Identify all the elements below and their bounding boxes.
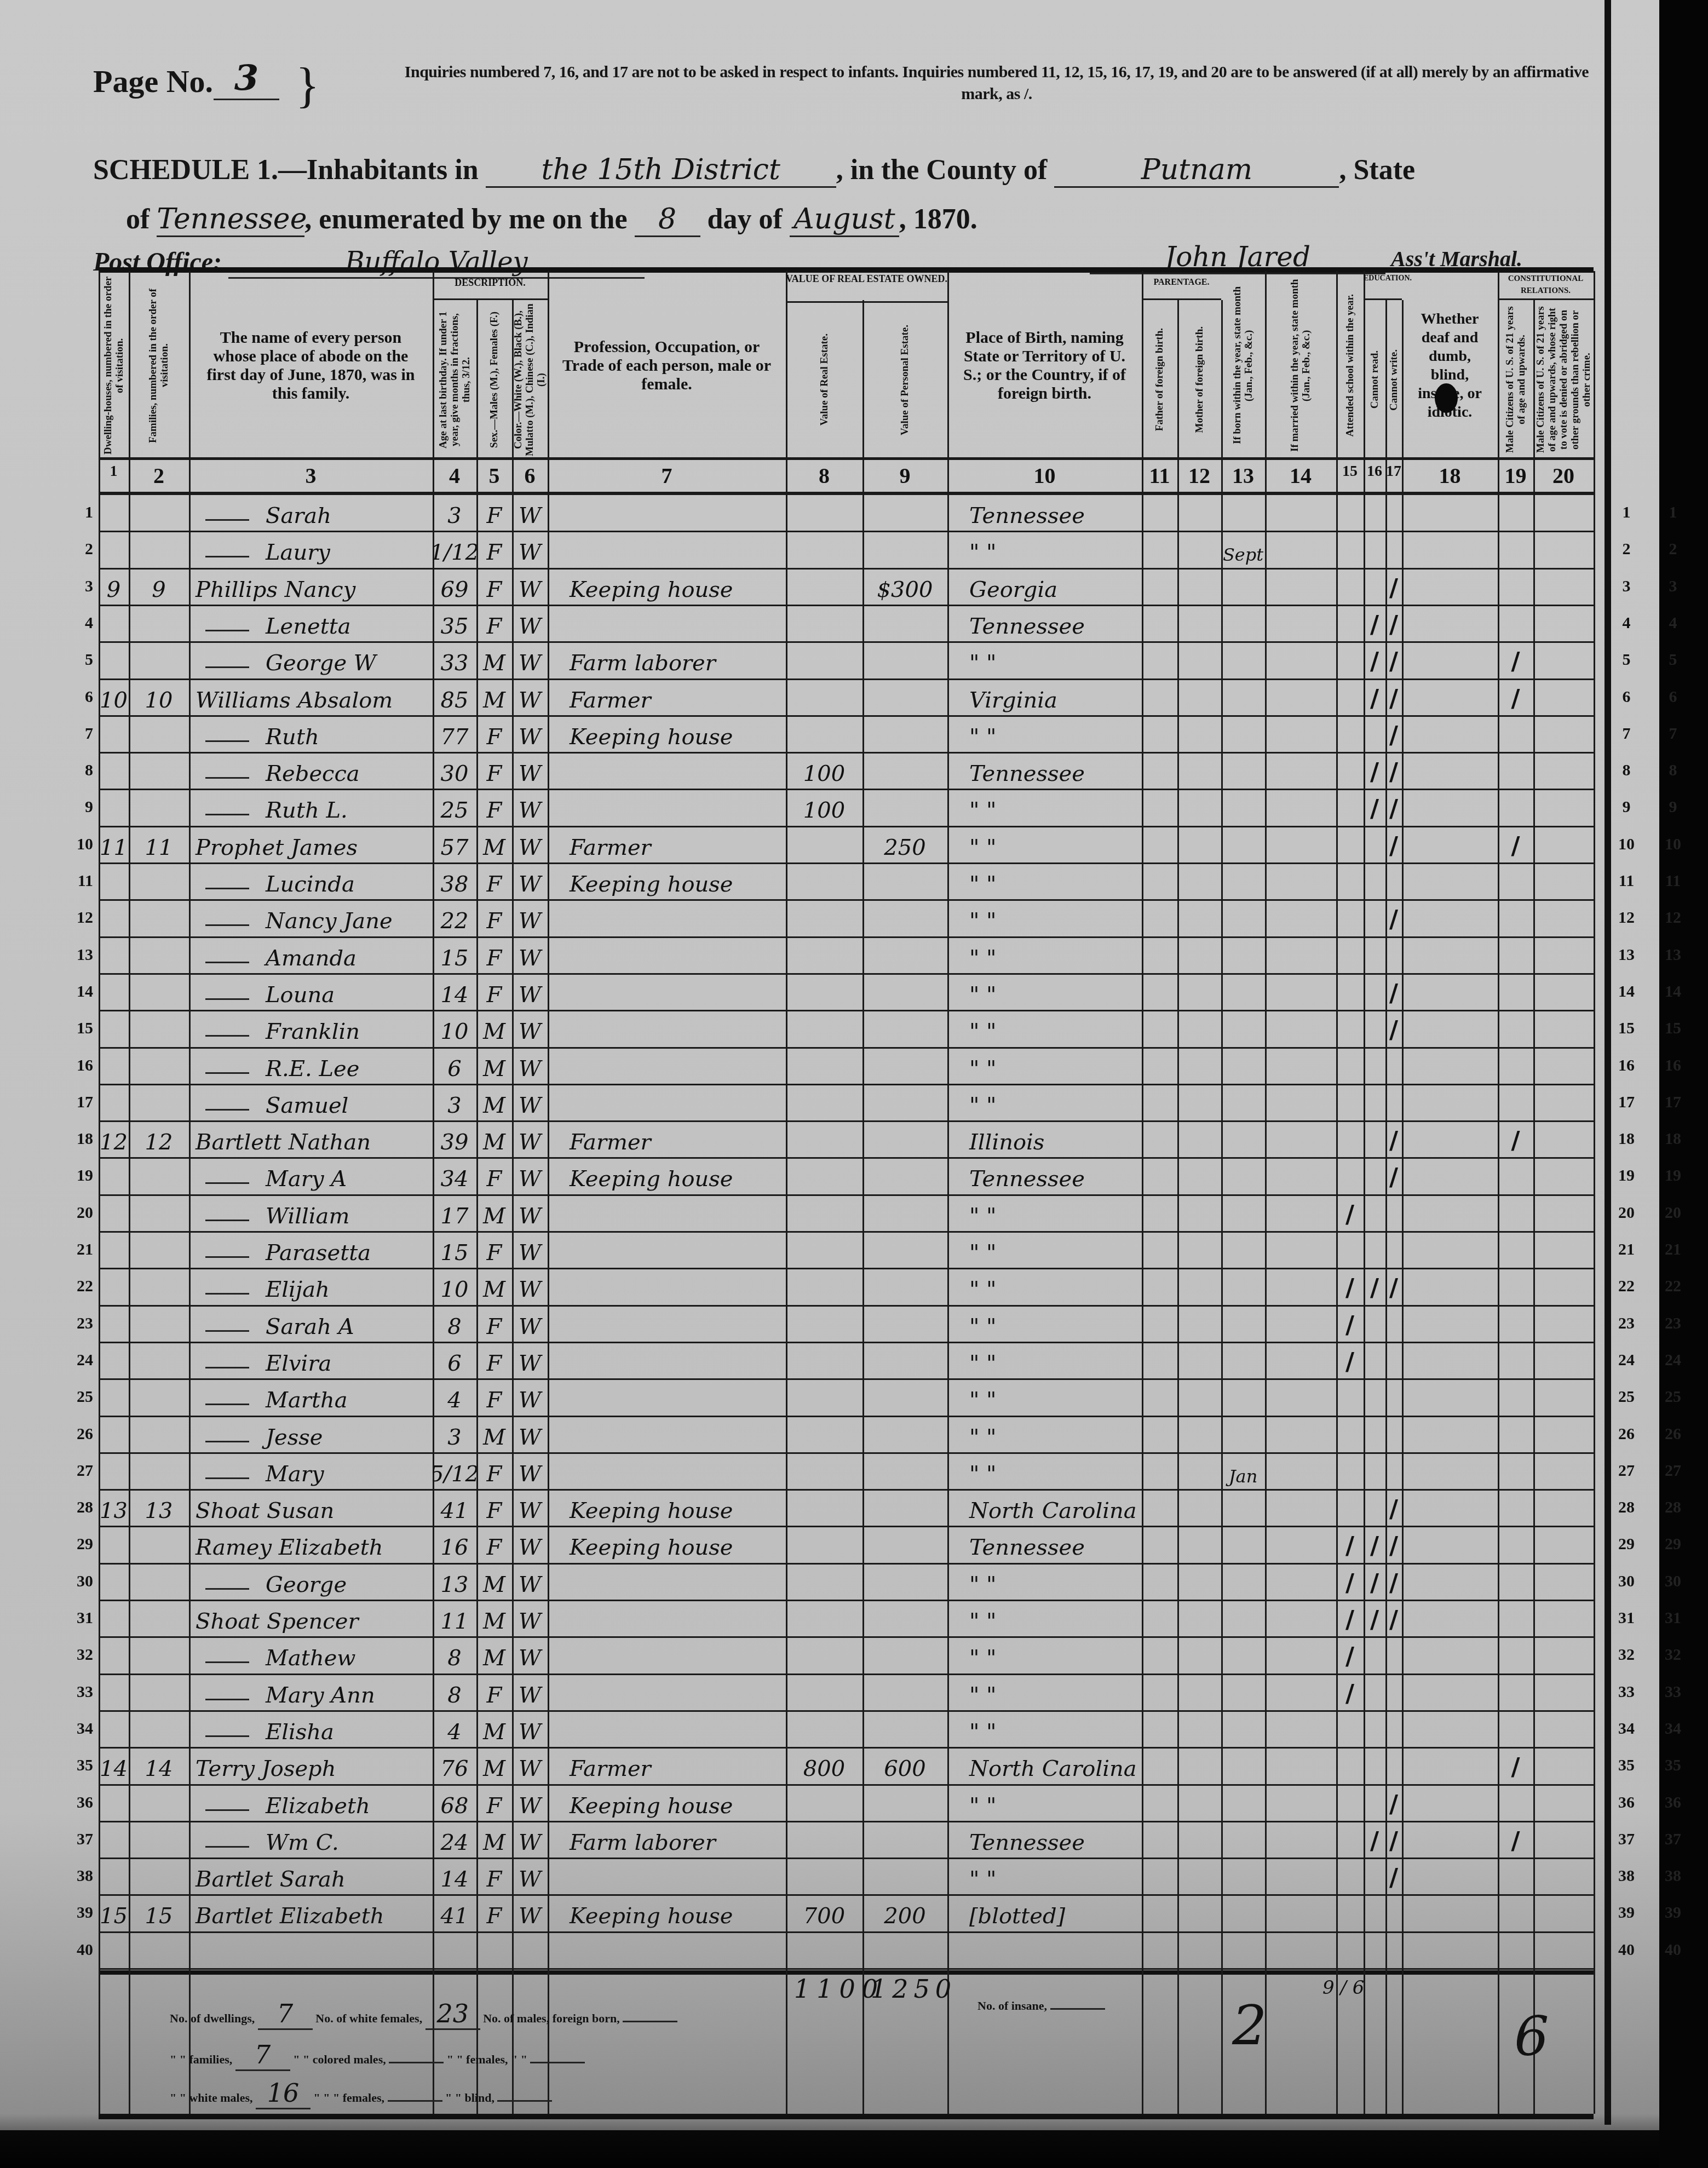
- line-number: 13: [1657, 946, 1689, 964]
- line-number: 14: [71, 982, 93, 1001]
- column-number-16: 16: [1364, 463, 1385, 490]
- line-number: 27: [71, 1462, 93, 1480]
- line-number: 39: [1610, 1904, 1643, 1922]
- column-header-5: Sex.—Males (M.), Females (F.): [476, 302, 512, 457]
- cell-birthplace: North Carolina: [947, 1491, 1142, 1527]
- families-count: 7: [235, 2040, 290, 2071]
- line-number: 4: [1610, 614, 1643, 632]
- cell-family: 12: [129, 1122, 189, 1158]
- cell-birthplace: " ": [947, 938, 1142, 974]
- cell-c17: /: [1385, 1601, 1402, 1637]
- cell-name: Lucinda: [189, 864, 433, 900]
- cell-color: W: [512, 1011, 548, 1048]
- cell-age: 4: [433, 1380, 476, 1416]
- cell-age: 8: [433, 1675, 476, 1711]
- cell-age: 13: [433, 1565, 476, 1601]
- table-top-rule: [99, 267, 1594, 273]
- line-number: 24: [71, 1351, 93, 1370]
- cell-c16: /: [1364, 1269, 1385, 1306]
- line-number: 22: [1610, 1277, 1643, 1296]
- cell-sex: M: [476, 643, 512, 679]
- cell-sex: M: [476, 1269, 512, 1306]
- line-number: 15: [71, 1019, 93, 1038]
- cell-birthplace: " ": [947, 717, 1142, 753]
- cell-color: W: [512, 496, 548, 532]
- line-number: 16: [1610, 1056, 1643, 1075]
- column-rule: [1221, 300, 1223, 2114]
- ditto-dash: [205, 1661, 249, 1663]
- cell-real: 700: [786, 1896, 862, 1932]
- cell-color: W: [512, 938, 548, 974]
- cell-birthplace: " ": [947, 827, 1142, 864]
- cell-color: W: [512, 1638, 548, 1674]
- cell-sex: F: [476, 1859, 512, 1895]
- cell-occupation: Keeping house: [548, 717, 786, 753]
- cell-sex: F: [476, 1491, 512, 1527]
- cell-name: Louna: [189, 975, 433, 1011]
- cell-name: Jesse: [189, 1417, 433, 1453]
- cell-name: Shoat Susan: [189, 1491, 433, 1527]
- cell-birthplace: " ": [947, 975, 1142, 1011]
- line-number: 38: [71, 1867, 93, 1885]
- cell-c16: /: [1364, 1822, 1385, 1859]
- cell-age: 6: [433, 1343, 476, 1379]
- line-number: 30: [71, 1572, 93, 1591]
- county-field: Putnam: [1054, 153, 1339, 188]
- cell-birthplace: Tennessee: [947, 1159, 1142, 1195]
- cell-color: W: [512, 1380, 548, 1416]
- cell-color: W: [512, 1822, 548, 1859]
- cell-name: Amanda: [189, 938, 433, 974]
- line-number: 25: [1610, 1388, 1643, 1406]
- cell-c17: /: [1385, 643, 1402, 679]
- schedule-line: SCHEDULE 1.—Inhabitants in the 15th Dist…: [93, 153, 1415, 188]
- line-number: 12: [1657, 908, 1689, 927]
- ditto-dash: [205, 630, 249, 631]
- cell-color: W: [512, 1712, 548, 1748]
- cell-c17: /: [1385, 790, 1402, 826]
- ditto-dash: [205, 998, 249, 1000]
- cell-c16: /: [1364, 1601, 1385, 1637]
- column-header-14: If married within the year, state month …: [1265, 274, 1336, 457]
- cell-sex: F: [476, 1527, 512, 1563]
- line-number: 21: [1657, 1240, 1689, 1259]
- cell-c15: /: [1336, 1675, 1364, 1711]
- cell-color: W: [512, 1159, 548, 1195]
- ditto-dash: [205, 1588, 249, 1590]
- line-number: 31: [1657, 1609, 1689, 1628]
- cell-name: Terry Joseph: [189, 1749, 433, 1785]
- line-number: 20: [1657, 1204, 1689, 1222]
- cell-sex: F: [476, 1307, 512, 1343]
- line-number: 29: [1657, 1535, 1689, 1554]
- line-number: 4: [1657, 614, 1689, 632]
- cell-sex: M: [476, 1011, 512, 1048]
- cell-age: 41: [433, 1896, 476, 1932]
- cell-name: Ruth L.: [189, 790, 433, 826]
- district-field: the 15th District: [486, 153, 836, 188]
- cell-birthplace: " ": [947, 1049, 1142, 1085]
- cell-age: 10: [433, 1269, 476, 1306]
- cell-color: W: [512, 1527, 548, 1563]
- cell-birthplace: " ": [947, 901, 1142, 937]
- cell-birthplace: " ": [947, 532, 1142, 568]
- cell-name: Mathew: [189, 1638, 433, 1674]
- line-number: 22: [1657, 1277, 1689, 1296]
- cell-age: 69: [433, 570, 476, 606]
- line-number: 32: [71, 1646, 93, 1664]
- cell-name: Laury: [189, 532, 433, 568]
- column-number-19: 19: [1498, 463, 1533, 490]
- line-number: 26: [71, 1425, 93, 1444]
- ditto-dash: [205, 1367, 249, 1368]
- cell-color: W: [512, 790, 548, 826]
- line-number: 32: [1657, 1646, 1689, 1664]
- cell-c17: /: [1385, 1859, 1402, 1895]
- cell-occupation: Farmer: [548, 1749, 786, 1785]
- column-header-6: Color.—White (W.), Black (B.), Mulatto (…: [512, 302, 548, 457]
- line-number: 19: [1657, 1166, 1689, 1185]
- line-number: 29: [71, 1535, 93, 1554]
- line-number: 13: [1610, 946, 1643, 964]
- cell-c19: /: [1498, 827, 1533, 864]
- cell-c19: /: [1498, 1749, 1533, 1785]
- cell-color: W: [512, 827, 548, 864]
- cell-real: 800: [786, 1749, 862, 1785]
- column-rule: [1533, 300, 1535, 2114]
- insane-count: [1050, 2008, 1105, 2010]
- cell-sex: M: [476, 1601, 512, 1637]
- line-number: 37: [1657, 1830, 1689, 1849]
- cell-birthplace: Tennessee: [947, 1527, 1142, 1563]
- cell-family: 13: [129, 1491, 189, 1527]
- line-number: 17: [1610, 1093, 1643, 1112]
- line-number: 34: [1610, 1720, 1643, 1738]
- cell-sex: M: [476, 1712, 512, 1748]
- cell-occupation: Farm laborer: [548, 1822, 786, 1859]
- line-number: 33: [1657, 1683, 1689, 1701]
- cell-age: 3: [433, 496, 476, 532]
- cell-color: W: [512, 1675, 548, 1711]
- column-number-10: 10: [947, 463, 1142, 490]
- column-number-20: 20: [1533, 463, 1594, 490]
- line-number: 18: [1610, 1130, 1643, 1148]
- cell-sex: F: [476, 570, 512, 606]
- cell-sex: M: [476, 1196, 512, 1232]
- ditto-dash: [205, 1404, 249, 1405]
- cell-sex: M: [476, 1049, 512, 1085]
- white-females-count: 23: [425, 1999, 480, 2030]
- line-number: 9: [1657, 798, 1689, 816]
- column-number-7: 7: [548, 463, 786, 490]
- cell-c17: /: [1385, 827, 1402, 864]
- column-header-7: Profession, Occupation, or Trade of each…: [548, 274, 786, 457]
- cell-sex: F: [476, 901, 512, 937]
- ditto-dash: [205, 962, 249, 963]
- column-number-18: 18: [1402, 463, 1498, 490]
- cell-c19: /: [1498, 1122, 1533, 1158]
- line-number: 23: [71, 1314, 93, 1333]
- ditto-dash: [205, 1699, 249, 1700]
- cell-occupation: Keeping house: [548, 1786, 786, 1822]
- ditto-dash: [205, 1220, 249, 1221]
- cell-sex: M: [476, 680, 512, 716]
- cell-age: 14: [433, 1859, 476, 1895]
- cell-age: 24: [433, 1822, 476, 1859]
- cell-birthplace: Tennessee: [947, 754, 1142, 790]
- cell-occupation: Keeping house: [548, 1896, 786, 1932]
- line-number: 40: [1610, 1941, 1643, 1959]
- month-field: August: [790, 203, 899, 237]
- cell-age: 8: [433, 1638, 476, 1674]
- column-number-9: 9: [862, 463, 947, 490]
- line-number: 25: [1657, 1388, 1689, 1406]
- line-number: 30: [1657, 1572, 1689, 1591]
- column-header-4: Age at last birthday. If under 1 year, g…: [433, 302, 476, 457]
- ditto-dash: [205, 1035, 249, 1037]
- cell-occupation: Keeping house: [548, 1527, 786, 1563]
- cell-sex: M: [476, 1638, 512, 1674]
- cell-name: Bartlet Elizabeth: [189, 1896, 433, 1932]
- dwellings-count: 7: [258, 1999, 313, 2030]
- column-header-11: Father of foreign birth.: [1142, 302, 1177, 457]
- line-number: 17: [1657, 1093, 1689, 1112]
- cell-sex: F: [476, 1786, 512, 1822]
- column-header-18: Whether deaf and dumb, blind, insane, or…: [1402, 274, 1498, 457]
- cell-color: W: [512, 1085, 548, 1122]
- column-header-8: Value of Real Estate.: [786, 302, 862, 457]
- column-rule: [1265, 271, 1267, 2114]
- cell-c17: /: [1385, 1011, 1402, 1048]
- cell-c16: /: [1364, 1565, 1385, 1601]
- cell-c15: /: [1336, 1527, 1364, 1563]
- cell-sex: M: [476, 1822, 512, 1859]
- line-number: 19: [71, 1166, 93, 1185]
- cell-c17: /: [1385, 1122, 1402, 1158]
- line-number: 12: [71, 908, 93, 927]
- insane-line: No. of insane,: [977, 1999, 1105, 2013]
- line-number: 18: [1657, 1130, 1689, 1148]
- cell-sex: M: [476, 827, 512, 864]
- cell-age: 15: [433, 1233, 476, 1269]
- cell-name: Parasetta: [189, 1233, 433, 1269]
- cell-c17: /: [1385, 754, 1402, 790]
- cell-birthplace: " ": [947, 1601, 1142, 1637]
- cell-name: Rebecca: [189, 754, 433, 790]
- cell-c16: /: [1364, 643, 1385, 679]
- column-header-10: Place of Birth, naming State or Territor…: [947, 274, 1142, 457]
- cell-name: Elizabeth: [189, 1786, 433, 1822]
- cell-age: 8: [433, 1307, 476, 1343]
- cell-c13: Jan: [1221, 1454, 1265, 1490]
- column-header-13: If born within the year, state month (Ja…: [1221, 274, 1265, 457]
- column-number-12: 12: [1177, 463, 1221, 490]
- row-rule: [99, 1968, 1594, 1970]
- cell-c16: /: [1364, 754, 1385, 790]
- cell-c17: /: [1385, 901, 1402, 937]
- line-number: 38: [1657, 1867, 1689, 1885]
- cell-age: 1/12: [433, 532, 476, 568]
- line-number: 20: [1610, 1204, 1643, 1222]
- cell-age: 35: [433, 606, 476, 642]
- column-number-17: 17: [1385, 463, 1402, 490]
- cell-birthplace: " ": [947, 1233, 1142, 1269]
- cell-personal: 600: [862, 1749, 947, 1785]
- cell-birthplace: " ": [947, 1085, 1142, 1122]
- colored-males-count: [389, 2062, 444, 2063]
- line-number: 3: [1657, 577, 1689, 596]
- cell-age: 6: [433, 1049, 476, 1085]
- column-rule: [786, 271, 787, 2114]
- line-number: 1: [1610, 503, 1643, 522]
- cell-personal: 250: [862, 827, 947, 864]
- line-number: 34: [1657, 1720, 1689, 1738]
- cell-age: 3: [433, 1085, 476, 1122]
- line-number: 29: [1610, 1535, 1643, 1554]
- summary-row-2: " " families, 7 " " colored males, " " f…: [170, 2040, 585, 2071]
- ditto-dash: [205, 1477, 249, 1479]
- column-number-15: 15: [1336, 463, 1364, 490]
- line-number: 14: [1610, 982, 1643, 1001]
- cell-color: W: [512, 1122, 548, 1158]
- cell-age: 41: [433, 1491, 476, 1527]
- cell-age: 17: [433, 1196, 476, 1232]
- cell-dwelling: 11: [99, 827, 129, 864]
- cell-birthplace: " ": [947, 1454, 1142, 1490]
- cell-personal: $300: [862, 570, 947, 606]
- females-foreign-count: [530, 2062, 585, 2063]
- cell-c15: /: [1336, 1196, 1364, 1232]
- cell-birthplace: " ": [947, 1859, 1142, 1895]
- line-number: 39: [71, 1904, 93, 1922]
- cell-c15: /: [1336, 1565, 1364, 1601]
- line-number: 7: [1657, 724, 1689, 743]
- line-number: 40: [1657, 1941, 1689, 1959]
- cell-sex: F: [476, 1896, 512, 1932]
- line-number: 28: [71, 1498, 93, 1517]
- group-description: Description.: [433, 277, 548, 289]
- cell-c17: /: [1385, 680, 1402, 716]
- cell-color: W: [512, 1269, 548, 1306]
- column-header-15: Attended school within the year.: [1336, 274, 1364, 457]
- line-number: 35: [1657, 1756, 1689, 1775]
- cell-birthplace: " ": [947, 1380, 1142, 1416]
- cell-birthplace: " ": [947, 1638, 1142, 1674]
- cell-birthplace: " ": [947, 1343, 1142, 1379]
- cell-color: W: [512, 1049, 548, 1085]
- cell-occupation: Keeping house: [548, 1159, 786, 1195]
- cell-c15: /: [1336, 1343, 1364, 1379]
- cell-dwelling: 10: [99, 680, 129, 716]
- column-rule: [1142, 271, 1143, 2114]
- column-header-9: Value of Personal Estate.: [862, 302, 947, 457]
- cell-birthplace: " ": [947, 1565, 1142, 1601]
- line-number: 37: [1610, 1830, 1643, 1849]
- cell-family: 10: [129, 680, 189, 716]
- line-number: 7: [71, 724, 93, 743]
- cell-color: W: [512, 1565, 548, 1601]
- column-header-17: Cannot write.: [1385, 302, 1402, 457]
- line-number: 3: [71, 577, 93, 596]
- line-number: 37: [71, 1830, 93, 1849]
- cell-color: W: [512, 606, 548, 642]
- cell-color: W: [512, 1896, 548, 1932]
- cell-dwelling: 13: [99, 1491, 129, 1527]
- cell-color: W: [512, 643, 548, 679]
- group-constitutional: Constitutional Relations.: [1498, 273, 1594, 297]
- column-number-13: 13: [1221, 463, 1265, 490]
- cell-sex: F: [476, 1159, 512, 1195]
- cell-personal: 200: [862, 1896, 947, 1932]
- line-number: 11: [1610, 872, 1643, 890]
- line-number: 11: [1657, 872, 1689, 890]
- cell-sex: F: [476, 1380, 512, 1416]
- cell-sex: F: [476, 532, 512, 568]
- column-number-2: 2: [129, 463, 189, 490]
- cell-name: Samuel: [189, 1085, 433, 1122]
- line-number: 25: [71, 1388, 93, 1406]
- cell-birthplace: North Carolina: [947, 1749, 1142, 1785]
- column-number-4: 4: [433, 463, 476, 490]
- column-rule: [1177, 300, 1179, 2114]
- group-education: Education.: [1364, 273, 1402, 285]
- line-number: 2: [71, 540, 93, 559]
- group-constitutional-rule: [1498, 298, 1594, 300]
- cell-occupation: Keeping house: [548, 570, 786, 606]
- cell-sex: F: [476, 1675, 512, 1711]
- line-number: 8: [71, 761, 93, 780]
- column-number-6: 6: [512, 463, 548, 490]
- ditto-dash: [205, 814, 249, 815]
- ditto-dash: [205, 1256, 249, 1258]
- cell-name: Mary: [189, 1454, 433, 1490]
- cell-age: 68: [433, 1786, 476, 1822]
- cell-name: Franklin: [189, 1011, 433, 1048]
- cell-color: W: [512, 1196, 548, 1232]
- cell-sex: F: [476, 938, 512, 974]
- cell-birthplace: Illinois: [947, 1122, 1142, 1158]
- line-number: 7: [1610, 724, 1643, 743]
- summary-row-1: No. of dwellings, 7 No. of white females…: [170, 1999, 677, 2030]
- ditto-dash: [205, 556, 249, 557]
- cell-family: 11: [129, 827, 189, 864]
- line-number: 32: [1610, 1646, 1643, 1664]
- group-parentage: Parentage.: [1142, 277, 1221, 289]
- ditto-dash: [205, 777, 249, 779]
- ditto-dash: [205, 888, 249, 889]
- cell-birthplace: " ": [947, 1786, 1142, 1822]
- cell-age: 14: [433, 975, 476, 1011]
- cell-name: George: [189, 1565, 433, 1601]
- group-education-rule: [1364, 298, 1402, 300]
- line-number: 2: [1610, 540, 1643, 559]
- column-header-1: Dwelling-houses, numbered in the order o…: [99, 274, 129, 457]
- cell-age: 76: [433, 1749, 476, 1785]
- brace: }: [296, 57, 319, 114]
- cell-c17: /: [1385, 606, 1402, 642]
- ditto-dash: [205, 1735, 249, 1737]
- cell-name: Elisha: [189, 1712, 433, 1748]
- line-number: 22: [71, 1277, 93, 1296]
- line-number: 33: [71, 1683, 93, 1701]
- ditto-dash: [205, 666, 249, 668]
- cell-birthplace: " ": [947, 864, 1142, 900]
- summary-row-3: " " white males, 16 " " " females, " " b…: [170, 2078, 552, 2109]
- cell-birthplace: " ": [947, 1712, 1142, 1748]
- column-header-20: Male Citizens of U. S. of 21 years of ag…: [1533, 302, 1594, 457]
- total-personal-estate: 1250: [871, 1974, 957, 2004]
- cell-name: Mary Ann: [189, 1675, 433, 1711]
